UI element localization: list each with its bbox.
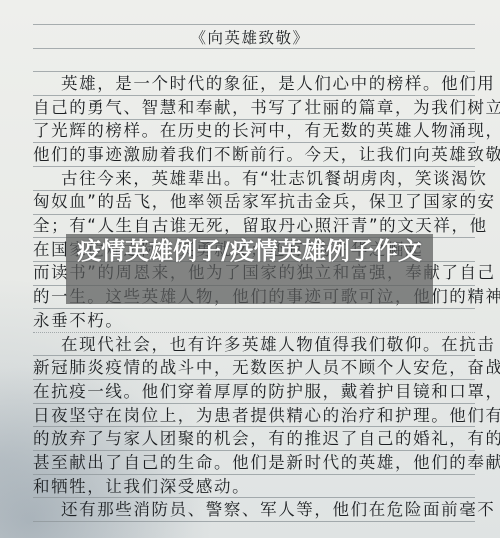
- essay-line: 匈奴血”的岳飞，他率领岳家军抗击金兵，保卫了国家的安: [33, 191, 478, 213]
- essay-line: 还有那些消防员、警察、军人等，他们在危险面前毫不: [33, 499, 500, 521]
- essay-line: 永垂不朽。: [33, 310, 478, 332]
- caption-overlay-text: 疫情英雄例子/疫情英雄例子作文: [66, 236, 433, 266]
- ruled-line: [33, 403, 475, 404]
- essay-line: 英雄，是一个时代的象征，是人们心中的榜样。他们用: [33, 73, 500, 95]
- ruled-line: [33, 142, 475, 143]
- essay-line: 的放弃了与家人团聚的机会，有的推迟了自己的婚礼，有的: [33, 428, 478, 450]
- ruled-line: [33, 379, 475, 380]
- ruled-line: [33, 521, 475, 522]
- essay-line: 在抗疫一线。他们穿着厚厚的防护服，戴着护目镜和口罩，: [33, 381, 478, 403]
- essay-line: 自己的勇气、智慧和奉献，书写了壮丽的篇章，为我们树立: [33, 97, 478, 119]
- essay-line: 他们的事迹激励着我们不断前行。今天，让我们向英雄致敬。: [33, 144, 478, 166]
- ruled-line: [33, 71, 475, 72]
- essay-line: 古往今来，英雄辈出。有“壮志饥餐胡虏肉，笑谈渴饮: [33, 168, 500, 190]
- essay-line: 新冠肺炎疫情的战斗中，无数医护人员不顾个人安危，奋战: [33, 357, 478, 379]
- ruled-line: [33, 24, 475, 25]
- essay-line: 了光辉的榜样。在历史的长河中，有无数的英雄人物涌现，: [33, 120, 478, 142]
- essay-line: 和牺牲，让我们深受感动。: [33, 476, 478, 498]
- ruled-line: [33, 474, 475, 475]
- ruled-line: [33, 308, 475, 309]
- ruled-line: [33, 450, 475, 451]
- ruled-line: [33, 166, 475, 167]
- ruled-line: [33, 48, 475, 49]
- essay-line: 日夜坚守在岗位上，为患者提供精心的治疗和护理。他们有: [33, 405, 478, 427]
- essay-title: 《向英雄致敬》: [0, 26, 500, 48]
- ruled-line: [33, 95, 475, 96]
- essay-line: 甚至献出了自己的生命。他们是新时代的英雄，他们的奉献: [33, 452, 478, 474]
- essay-line: 在现代社会，也有许多英雄人物值得我们敬仰。在抗击: [33, 334, 500, 356]
